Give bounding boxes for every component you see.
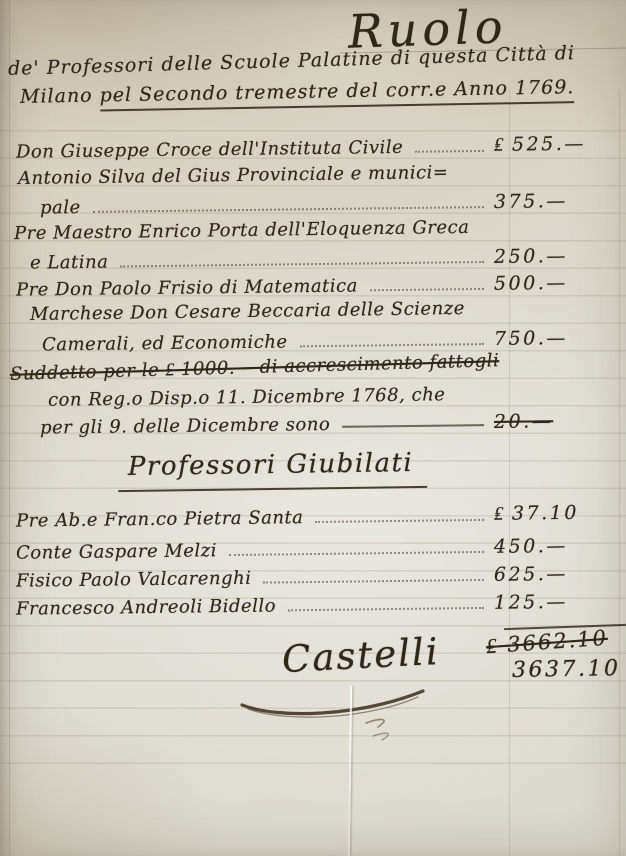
- filler-rule: [342, 424, 484, 428]
- roll-entry-beccaria-line1: Marchese Don Cesare Beccaria delle Scien…: [30, 298, 465, 325]
- amount-value: 525.—: [512, 133, 586, 157]
- dotted-leader: [370, 288, 484, 291]
- roll-entry-porta-line1: Pre Maestro Enrico Porta dell'Eloquenza …: [14, 217, 470, 244]
- dotted-leader: [415, 150, 484, 153]
- total-struck: ₤ 3662.10: [485, 626, 608, 659]
- total-final: 3637.10: [512, 656, 621, 683]
- amount-value: 20.—: [494, 410, 553, 433]
- jubilati-entry-andreoli: Francesco Andreoli Bidello 125.—: [16, 590, 612, 619]
- roll-entry-silva: pale 375.—: [40, 190, 612, 219]
- heading-line-2-start: Milano: [20, 85, 93, 108]
- dotted-leader: [229, 551, 484, 556]
- dotted-leader: [300, 343, 484, 347]
- margin-rule-left: [9, 0, 10, 856]
- amount-value: 750.—: [494, 327, 568, 350]
- amount-value: 37.10: [512, 502, 579, 526]
- dotted-leader: [120, 261, 484, 267]
- entry-name: Pre Ab.e Fran.co Pietra Santa: [16, 507, 304, 532]
- lira-sign: ₤: [494, 503, 506, 526]
- amount-value: 500.—: [494, 272, 568, 295]
- lira-sign: ₤: [494, 134, 506, 157]
- signature: Castelli: [281, 630, 441, 681]
- heading-line-2: Milanopel Secondo tremestre del corr.e A…: [20, 76, 575, 108]
- heading-line-2-underlined: pel Secondo tremestre del corr.e Anno 17…: [99, 76, 574, 111]
- entry-name: Fisico Paolo Valcarenghi: [16, 568, 252, 592]
- entry-amount: 750.—: [494, 327, 612, 350]
- struck-note-line1: Suddetto per le ₤ 1000.— di accresciment…: [10, 350, 500, 385]
- right-edge-rule: [619, 90, 620, 856]
- struck-note-line3: per gli 9. delle Dicembre sono: [40, 414, 330, 439]
- entry-name-continued: e Latina: [30, 252, 109, 274]
- roll-entry-frisio: Pre Don Paolo Frisio di Matematica 500.—: [16, 271, 612, 300]
- entry-amount: 500.—: [494, 271, 612, 294]
- roll-entry-porta: e Latina 250.—: [30, 244, 612, 273]
- jubilati-entry-pietrasanta: Pre Ab.e Fran.co Pietra Santa ₤37.10: [16, 501, 612, 531]
- dotted-leader: [93, 206, 484, 213]
- heading-line-1: de' Professori delle Scuole Palatine di …: [8, 42, 575, 80]
- entry-name: Pre Don Paolo Frisio di Matematica: [16, 275, 358, 300]
- amount-value: 375.—: [494, 190, 568, 213]
- entry-name-continued: Camerali, ed Economiche: [42, 331, 288, 355]
- amount-value: 450.—: [494, 535, 568, 558]
- entry-amount: 625.—: [494, 562, 612, 585]
- entry-amount: 375.—: [494, 190, 612, 213]
- signature-flourish: [238, 683, 448, 743]
- jubilati-entry-melzi: Conte Gaspare Melzi 450.—: [16, 534, 612, 563]
- entry-amount: ₤525.—: [494, 132, 612, 156]
- amount-value: 125.—: [494, 591, 568, 614]
- dotted-leader: [288, 607, 484, 611]
- struck-amount: 20.—: [494, 410, 612, 433]
- entry-name: Francesco Andreoli Bidello: [16, 595, 276, 619]
- entry-amount: ₤37.10: [494, 501, 612, 525]
- struck-note-line2: con Reg.o Disp.o 11. Dicembre 1768, che: [48, 384, 446, 411]
- entry-amount: 250.—: [494, 244, 612, 267]
- roll-entry-beccaria: Camerali, ed Economiche 750.—: [42, 327, 612, 356]
- entry-amount: 125.—: [494, 590, 612, 613]
- entry-amount: 450.—: [494, 534, 612, 557]
- roll-entry-croce: Don Giuseppe Croce dell'Instituta Civile…: [16, 132, 612, 162]
- amount-value: 250.—: [494, 245, 568, 268]
- jubilati-entry-valcarenghi: Fisico Paolo Valcarenghi 625.—: [16, 562, 612, 591]
- struck-note-line3-row: per gli 9. delle Dicembre sono 20.—: [40, 410, 612, 439]
- entry-name: Conte Gaspare Melzi: [16, 540, 217, 563]
- dotted-leader: [315, 519, 484, 523]
- entry-name-continued: pale: [40, 197, 81, 218]
- dotted-leader: [263, 579, 484, 584]
- entry-name: Don Giuseppe Croce dell'Instituta Civile: [16, 137, 403, 163]
- amount-value: 625.—: [494, 563, 568, 586]
- roll-entry-silva-line1: Antonio Silva del Gius Provinciale e mun…: [18, 162, 449, 189]
- section-heading-giubilati: Professori Giubilati: [118, 448, 428, 492]
- manuscript-page: Ruolo de' Professori delle Scuole Palati…: [0, 0, 626, 856]
